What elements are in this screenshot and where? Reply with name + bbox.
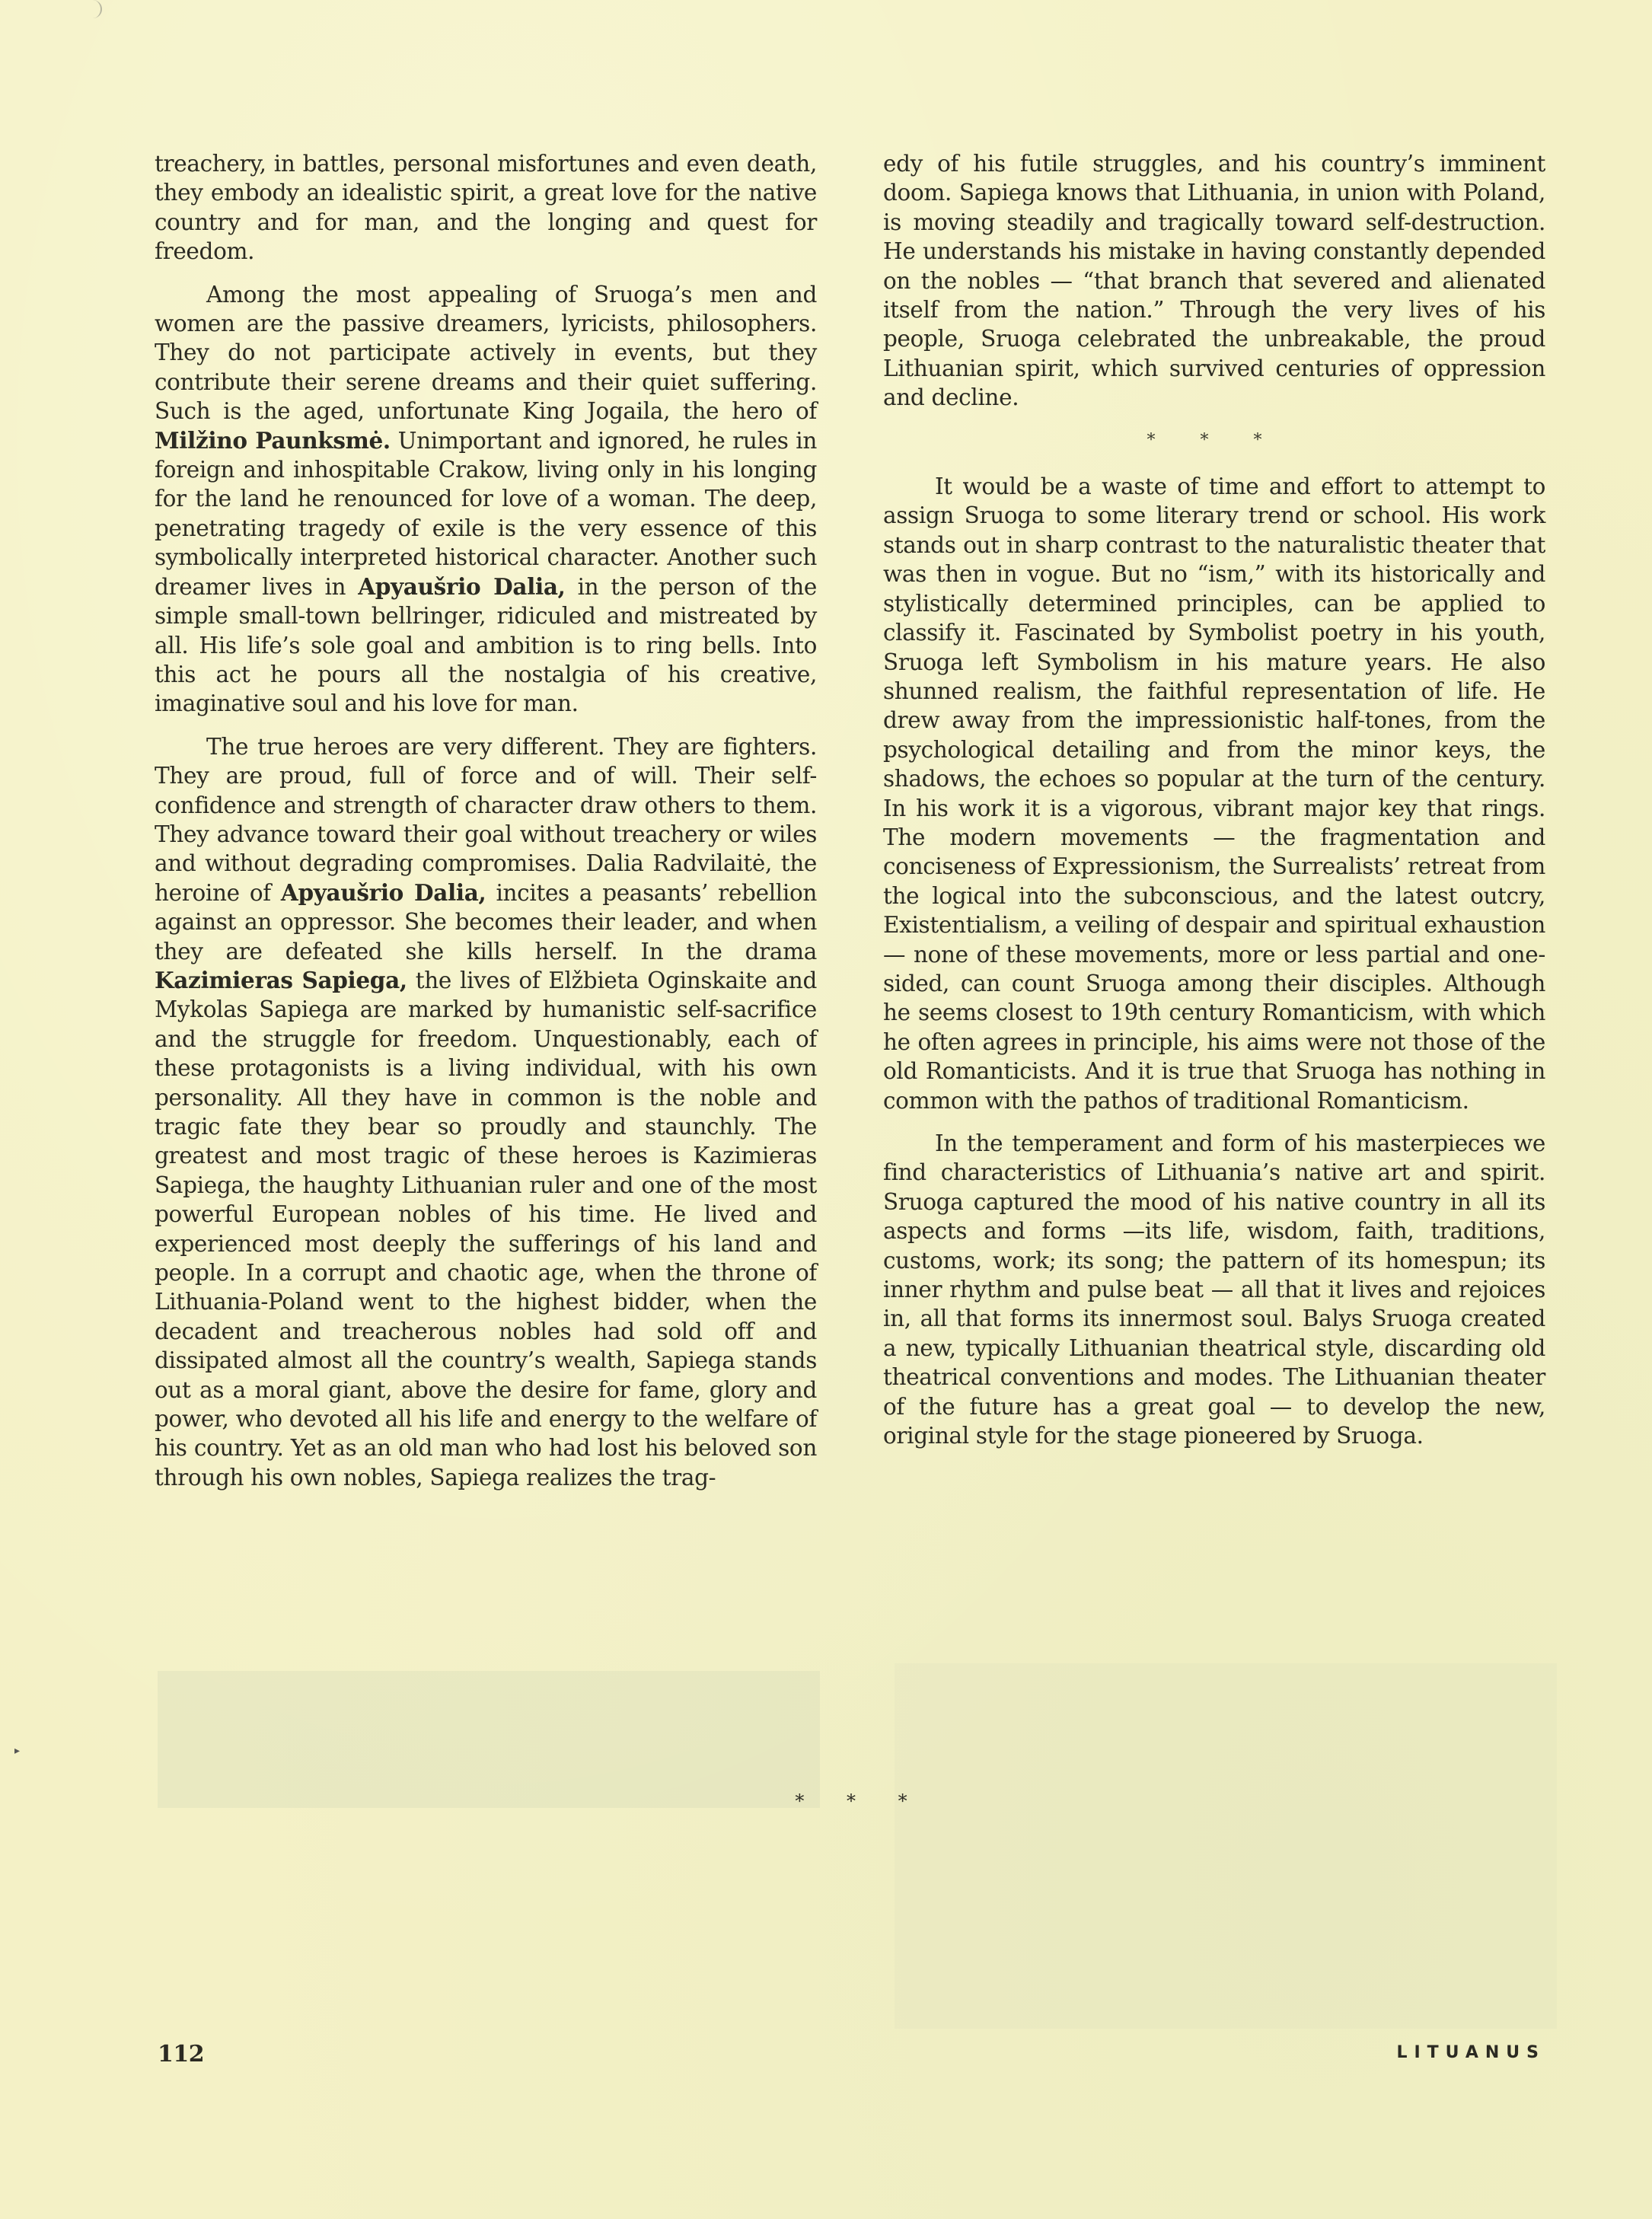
section-separator: * * * <box>883 426 1545 455</box>
work-title: Kazimieras Sapiega, <box>155 967 407 993</box>
end-separator: * * * <box>792 1790 929 1812</box>
scan-artifact-left: ▸ <box>14 1745 20 1757</box>
journal-name: LITUANUS <box>1396 2043 1545 2062</box>
right-column: edy of his futile struggles, and his cou… <box>883 149 1545 1450</box>
bleed-through-block <box>158 1671 820 1808</box>
paragraph: It would be a waste of time and effort t… <box>883 472 1545 1115</box>
paragraph: edy of his futile struggles, and his cou… <box>883 149 1545 413</box>
bleed-through-text-area <box>895 1663 1557 2029</box>
paragraph: In the temperament and form of his maste… <box>883 1129 1545 1450</box>
paragraph: treachery, in battles, personal misfortu… <box>155 149 817 266</box>
paragraph: The true heroes are very different. They… <box>155 732 817 1493</box>
scan-artifact-top <box>90 0 102 18</box>
page-number: 112 <box>158 2041 204 2068</box>
work-title: Apyaušrio Dalia, <box>281 879 486 906</box>
paragraph: Among the most appealing of Sruoga’s men… <box>155 280 817 719</box>
left-column: treachery, in battles, personal misfortu… <box>155 149 817 1492</box>
work-title: Apyaušrio Dalia, <box>358 573 565 600</box>
work-title: Milžino Paunksmė. <box>155 427 391 454</box>
